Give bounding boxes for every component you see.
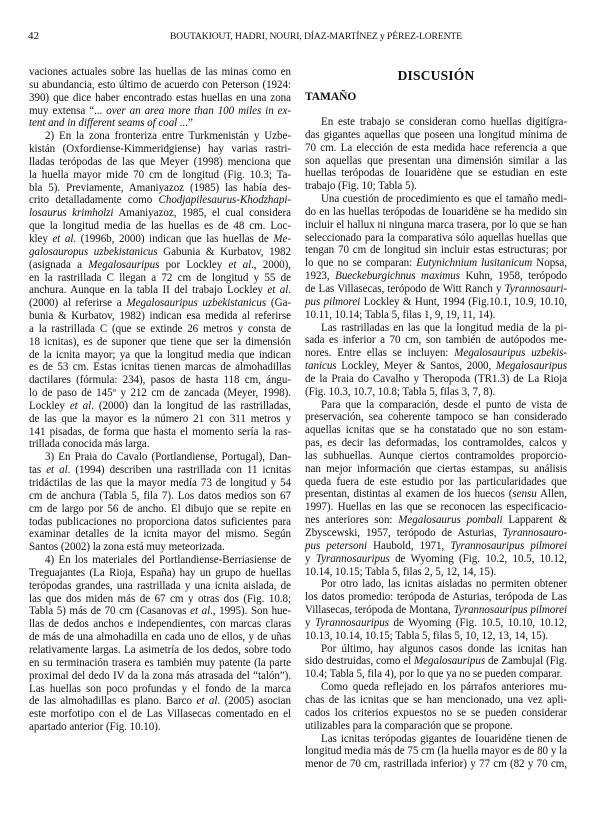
text-line: 10.14, 10.15; Tabla 5, filas 2, 5, 12, 1…	[305, 566, 567, 579]
text-line: pus pilmorei Lockley & Hunt, 1994 (Fig.1…	[305, 296, 567, 309]
text-line: 10.11, 10.14; Tabla 5, filas 1, 9, 19, 1…	[305, 309, 567, 322]
text-line: kistán (Oxfordiense-Kimmeridgiense) hay …	[29, 143, 291, 156]
text-line: En este trabajo se consideran como huell…	[305, 116, 567, 129]
text-line: trabajo (Fig. 10; Tabla 5).	[305, 180, 567, 193]
text-line: tridáctilas de las que la mayor medía 73…	[29, 477, 291, 490]
text-line: las subhuellas. Aunque ciertos contramol…	[305, 450, 567, 463]
text-line: en su terminación trasera es también muy…	[29, 657, 291, 670]
subsection-title: TAMAÑO	[305, 90, 567, 104]
text-line: terópodas grandes, una rastrillada y una…	[29, 580, 291, 593]
text-line: Zbyscewski, 1957, terópodo de Asturias, …	[305, 527, 567, 540]
text-line: kley et al. (1996b, 2000) indican que la…	[29, 233, 291, 246]
text-line: tas et al. (1994) describen una rastrill…	[29, 464, 291, 477]
text-line: Por otro lado, las icnitas aisladas no p…	[305, 578, 567, 591]
text-line: este morfotipo con el de Las Villasecas …	[29, 708, 291, 721]
text-line: Por último, hay algunos casos donde las …	[305, 643, 567, 656]
text-line: seleccionado para la comparativa sólo aq…	[305, 232, 567, 245]
text-line: (2000) al referirse a Megalosauripus uzb…	[29, 297, 291, 310]
text-line: las que dos miden más de 67 cm y otras d…	[29, 593, 291, 606]
text-line: presentan, distintas al examen de los hu…	[305, 488, 567, 501]
text-line: que la longitud media de las huellas es …	[29, 220, 291, 233]
left-column: vaciones actuales sobre las huellas de l…	[29, 66, 291, 734]
text-line: pas, es decir las deformadas, los contra…	[305, 437, 567, 450]
text-line: Las rastrilladas en las que la longitud …	[305, 322, 567, 335]
text-line: de la Praia do Cavalho y Theropoda (TR1.…	[305, 373, 567, 386]
text-line: huellas terópodas de Iouaridène que se e…	[305, 167, 567, 180]
text-line: 10.13, 10.14, 10.15; Tabla 5, filas 5, 1…	[305, 630, 567, 643]
text-line: nes anteriores son: Megalosaurus pombali…	[305, 514, 567, 527]
text-line: utilizables para la comparación que se p…	[305, 720, 567, 733]
text-line: 141 pisadas, de forma que hasta el momen…	[29, 426, 291, 439]
section-title: DISCUSIÓN	[305, 68, 567, 84]
text-line: 4) En los materiales del Portlandiense-B…	[29, 554, 291, 567]
text-line: todas publicaciones no proporciona datos…	[29, 516, 291, 529]
running-header: 42 BOUTAKIOUT, HADRI, NOURI, DÍAZ-MARTÍN…	[0, 30, 600, 46]
text-line: a la rastrillada C (que se extinde 26 me…	[29, 323, 291, 336]
text-line: los datos promedio: terópoda de Asturias…	[305, 591, 567, 604]
text-line: do en las huellas terópodas de Iouaridèn…	[305, 206, 567, 219]
text-line: su abundancia, esto último de acuerdo co…	[29, 79, 291, 92]
text-line: cados los criterios expuestos no se se p…	[305, 707, 567, 720]
text-line: queda fuera de este estudio por las part…	[305, 476, 567, 489]
text-line: Santos (2002) la zona está muy meteoriza…	[29, 541, 291, 554]
text-line: y Tyrannosauripus de Wyoming (Fig. 10.2,…	[305, 553, 567, 566]
text-line: de la icnita mayor; ya que la longitud m…	[29, 349, 291, 362]
text-line: nan mejor información que ciertas estamp…	[305, 463, 567, 476]
text-line: 1997). Huellas en las que se reconocen l…	[305, 501, 567, 514]
text-line: lladas terópodas de las que Meyer (1998)…	[29, 156, 291, 169]
text-line: 70 cm. La elección de esta medida hace r…	[305, 142, 567, 155]
text-line: de Las Villasecas, terópodo de Witt Ranc…	[305, 283, 567, 296]
right-column: DISCUSIÓN TAMAÑO En este trabajo se cons…	[305, 66, 567, 771]
text-line: apartado anterior (Fig. 10.10).	[29, 721, 291, 734]
text-line: tanicus Lockley, Meyer & Santos, 2000, M…	[305, 360, 567, 373]
text-line: nores. Entre ellas se incluyen: Megalosa…	[305, 347, 567, 360]
text-line: 18 icnitas), es de suponer que tiene que…	[29, 336, 291, 349]
text-line: relativamente largas. La asimetría de lo…	[29, 644, 291, 657]
text-line: aquellas icnitas que se ha constatado qu…	[305, 424, 567, 437]
right-column-body: En este trabajo se consideran como huell…	[305, 116, 567, 771]
text-line: 3) En Praia do Cavalo (Portlandiense, Po…	[29, 451, 291, 464]
text-line: (Fig. 10.3, 10.7, 10.8; Tabla 5, filas 3…	[305, 386, 567, 399]
text-line: Villasecas, terópoda de Montana, Tyranno…	[305, 604, 567, 617]
text-line: vaciones actuales sobre las huellas de l…	[29, 66, 291, 79]
text-line: anchura. Aunque en la tabla II del traba…	[29, 284, 291, 297]
text-line: Treguajantes (La Rioja, España) hay un g…	[29, 567, 291, 580]
text-line: sido destruidas, como el Megalosauripus …	[305, 655, 567, 668]
text-line: (asignada a Megalosauripus por Lockley e…	[29, 259, 291, 272]
text-line: bunia & Kurbatov, 1982) indican esa medi…	[29, 310, 291, 323]
text-line: Las huellas son poco profundas y el fond…	[29, 683, 291, 696]
text-line: 2) En la zona fronteriza entre Turkmenis…	[29, 130, 291, 143]
text-line: crito detalladamente como Chodjapilesaur…	[29, 194, 291, 207]
text-line: pus petersoni Haubold, 1971, Tyrannosaur…	[305, 540, 567, 553]
text-line: lo de paso de 145º y 212 cm de zancada (…	[29, 387, 291, 400]
text-line: 1923, Bueckeburgichnus maximus Kuhn, 195…	[305, 270, 567, 283]
text-line: 10.4; Tabla 5, fila 4), por lo que ya no…	[305, 668, 567, 681]
text-line: tent and in different seams of coal ...”	[29, 117, 291, 130]
text-line: Lockley et al. (2000) dan la longitud de…	[29, 400, 291, 413]
text-line: 390) que dice haber encontrado estas hue…	[29, 92, 291, 105]
text-line: la huella mayor mide 70 cm de longitud (…	[29, 169, 291, 182]
text-line: de las que la mayor es la número 21 con …	[29, 413, 291, 426]
text-line: tengan 70 cm de longitud sin incluir est…	[305, 244, 567, 257]
text-line: bla 5). Previamente, Amaniyazoz (1985) l…	[29, 182, 291, 195]
text-line: menor de 70 cm, rastrillada inferior) y …	[305, 758, 567, 771]
text-line: Las icnitas terópodas gigantes de Iouari…	[305, 733, 567, 746]
text-line: proximal del dedo IV da la zona más atra…	[29, 670, 291, 683]
text-line: Como queda reflejado en los párrafos ant…	[305, 681, 567, 694]
text-line: sada es inferior a 70 cm, son también de…	[305, 334, 567, 347]
text-line: preservación, sea coherente tampoco se h…	[305, 411, 567, 424]
text-line: galosauropus uzbekistanicus Gabunia & Ku…	[29, 246, 291, 259]
text-line: de más de una almohadilla en cada uno de…	[29, 631, 291, 644]
text-line: dactilares (fórmula: 234), pasos de hast…	[29, 374, 291, 387]
text-line: Para que la comparación, desde el punto …	[305, 399, 567, 412]
text-line: incluir el hallux ni ninguna marca trase…	[305, 219, 567, 232]
text-line: es de 53 cm. Estas icnitas tienen marcas…	[29, 361, 291, 374]
text-line: lo que no se comparan: Eutynichnium lusi…	[305, 257, 567, 270]
text-line: losaurus krimholzi Amaniyazoz, 1985, el …	[29, 207, 291, 220]
text-line: chas de las icnitas que se han mencionad…	[305, 694, 567, 707]
text-line: cm de anchura (Tabla 5, fila 7). Los dat…	[29, 490, 291, 503]
text-line: muy extensa “... over an area more than …	[29, 105, 291, 118]
page-number: 42	[28, 30, 39, 42]
text-line: Una cuestión de procedimiento es que el …	[305, 193, 567, 206]
text-line: y Tyrannosauripus de Wyoming (Fig. 10.5,…	[305, 617, 567, 630]
text-line: cm de largo por 56 de ancho. El dibujo q…	[29, 503, 291, 516]
text-line: son aquellas que presentan una dimensión…	[305, 155, 567, 168]
text-line: de las almohadillas es plano. Barco et a…	[29, 695, 291, 708]
text-line: trillada conocida más larga.	[29, 438, 291, 451]
text-line: das gigantes aquellas que poseen una lon…	[305, 129, 567, 142]
text-line: llas de dedos anchos e independientes, c…	[29, 618, 291, 631]
text-line: Tabla 5) más de 70 cm (Casanovas et al.,…	[29, 605, 291, 618]
text-line: examinar detalles de la icnita mayor del…	[29, 528, 291, 541]
text-line: longitud media más de 75 cm (la huella m…	[305, 745, 567, 758]
text-line: en la rastrillada C llegan a 72 cm de lo…	[29, 272, 291, 285]
running-head-authors: BOUTAKIOUT, HADRI, NOURI, DÍAZ-MARTÍNEZ …	[170, 31, 462, 42]
